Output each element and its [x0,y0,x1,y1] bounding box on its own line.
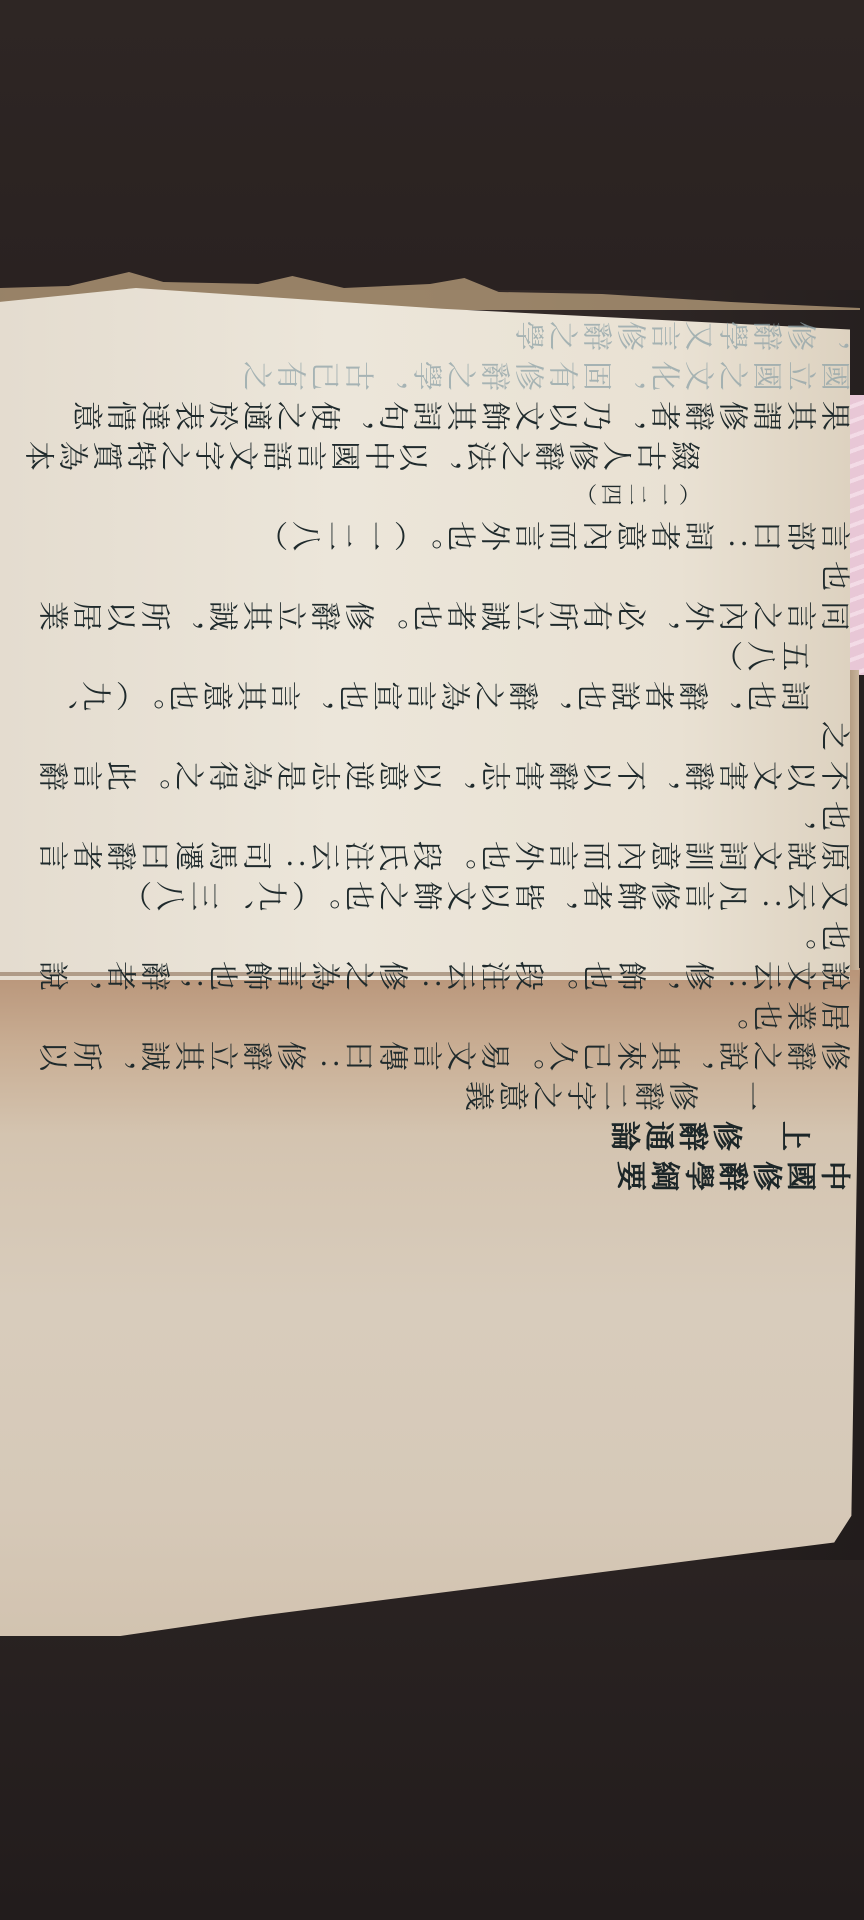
text-column-note: （一二四） [11,472,851,512]
text-column: 修辭之說，其來已久。易文言傳曰：修辭立其誠，所以居業也。 [11,992,851,1072]
text-column: 詞也，辭者說也，辭之為言宣也，言其意也。（九、五八） [11,632,851,712]
text-column: 言部曰：詞者意內而言外也。（一二八） [11,512,851,552]
leather-surface-top [0,0,864,290]
text-column: 說文云：修，飾也。段注云：修之為言飾也；辭者，說也。 [11,912,851,992]
text-column: 綴古人修辭之法，以中國言語文字之特質為本 [11,432,851,472]
text-columns: 中國修辭學綱要 上 修辭通論 一 修辭二字之意義 修辭之說，其來已久。易文言傳曰… [11,312,851,1192]
text-column: 又云：凡言修飾者，皆以文飾之也。（九、三八） [11,872,851,912]
text-column-bleedthrough: 國立國之文化，固有修辭之學，古已有之 [11,352,851,392]
text-column: 果其謂修辭者，乃以文飾其詞句，使之適於表達情意 [11,392,851,432]
text-column: 原說文詞訓意內而言外也。段氏注云：司馬遷曰辭者言也， [11,792,851,872]
book-title: 中國修辭學綱要 [11,1152,851,1192]
section-title: 上 修辭通論 [11,1112,851,1152]
text-column: 不以文害辭，不以辭害志，以意逆志是為得之。此言辭之 [11,712,851,792]
vertical-text-block: 中國修辭學綱要 上 修辭通論 一 修辭二字之意義 修辭之說，其來已久。易文言傳曰… [11,312,851,912]
text-column-bleedthrough: ，修辭學又言修辭之學 [11,312,851,352]
text-column: 同言之內外，必有所立誠者也。修辭立其誠，所以居業也 [11,552,851,632]
item-title: 一 修辭二字之意義 [11,1072,851,1112]
